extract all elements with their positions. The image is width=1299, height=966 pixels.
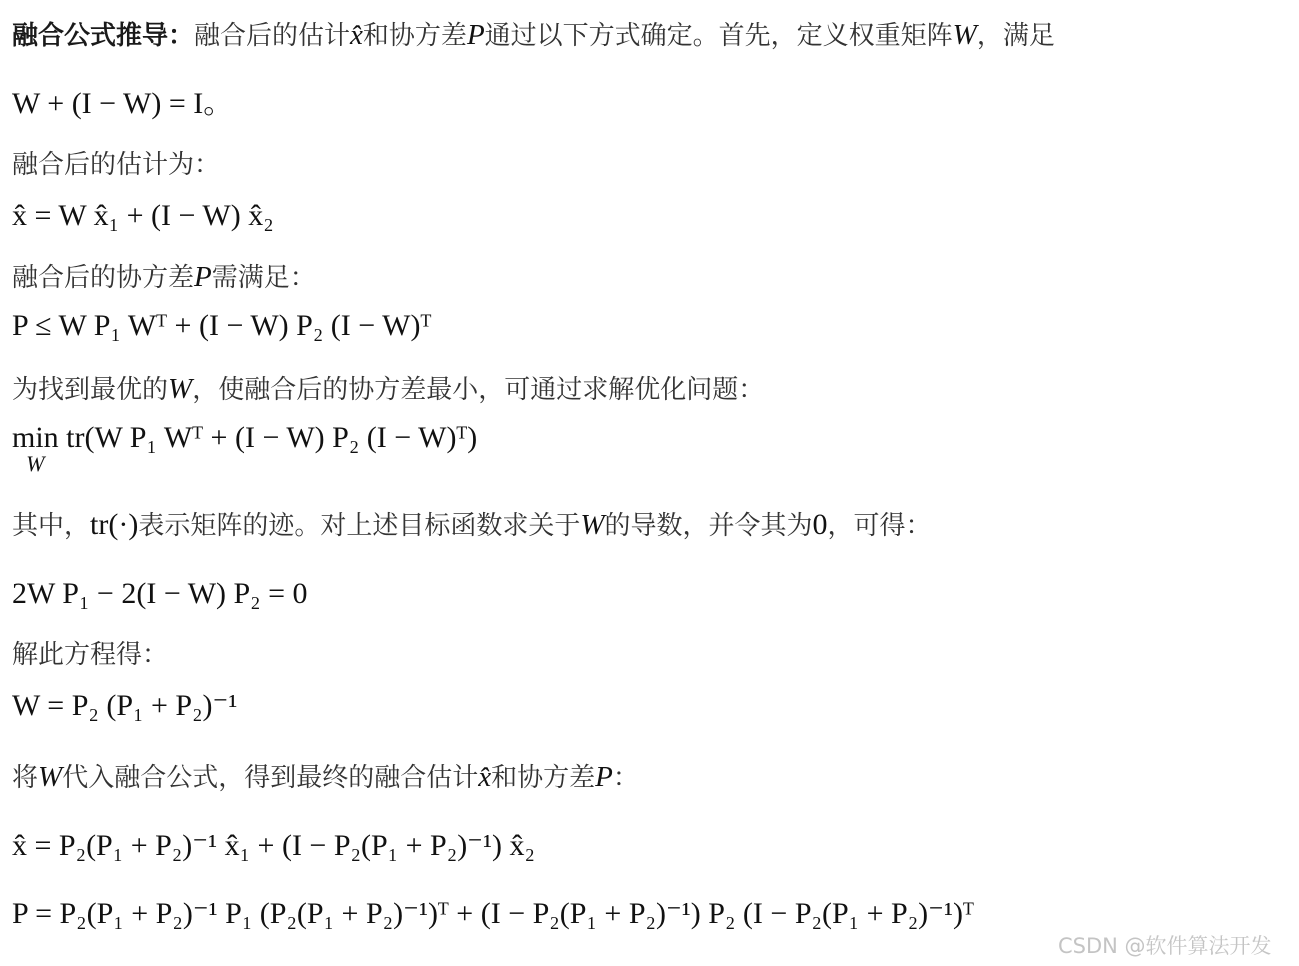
section-heading: 融合公式推导 (12, 21, 168, 51)
equation-text: 2W P₁ − 2(I − W) P₂ = 0 (12, 577, 308, 610)
covariance-label-text-2: 需满足： (212, 263, 316, 293)
intro-text-3: 通过以下方式确定。首先，定义权重矩阵 (485, 21, 953, 51)
heading-colon: ： (168, 21, 194, 51)
optimization-label: 为找到最优的W，使融合后的协方差最小，可通过求解优化问题： (12, 372, 764, 407)
math-trace: tr(·) (90, 508, 138, 541)
substitution-label: 将W代入融合公式，得到最终的融合估计x̂和协方差P： (12, 760, 639, 795)
substitution-text-4: ： (613, 763, 639, 793)
math-zero: 0 (813, 508, 828, 541)
math-P: P (595, 761, 613, 793)
intro-text-4: ，满足 (977, 21, 1055, 51)
equation-body: tr(W P₁ Wᵀ + (I − W) P₂ (I − W)ᵀ) (66, 421, 477, 454)
estimate-label: 融合后的估计为： (12, 148, 220, 182)
covariance-label-text-1: 融合后的协方差 (12, 263, 194, 293)
equation-final-covariance: P = P₂(P₁ + P₂)⁻¹ P₁ (P₂(P₁ + P₂)⁻¹)ᵀ + … (12, 894, 974, 934)
math-W: W (580, 509, 604, 541)
equation-optimization: min W tr(W P₁ Wᵀ + (I − W) P₂ (I − W)ᵀ) (12, 418, 477, 474)
equation-derivative: 2W P₁ − 2(I − W) P₂ = 0 (12, 574, 308, 614)
equation-text: x̂ = P₂(P₁ + P₂)⁻¹ x̂₁ + (I − P₂(P₁ + P₂… (12, 829, 535, 862)
estimate-label-text: 融合后的估计为： (12, 150, 220, 180)
optimization-label-text-2: ，使融合后的协方差最小，可通过求解优化问题： (192, 375, 764, 405)
equation-rhs: = W x̂₁ + (I − W) x̂₂ (35, 199, 274, 232)
substitution-text-1: 将 (12, 763, 38, 793)
math-P: P (467, 19, 485, 51)
equation-text: W = P₂ (P₁ + P₂)⁻¹ (12, 689, 237, 722)
intro-paragraph: 融合公式推导：融合后的估计x̂和协方差P通过以下方式确定。首先，定义权重矩阵W，… (12, 18, 1055, 53)
equation-text: W + (I − W) = I。 (12, 87, 233, 120)
math-xhat: x̂ (478, 761, 491, 793)
optimization-label-text-1: 为找到最优的 (12, 375, 168, 405)
trace-text-4: ，可得： (828, 511, 932, 541)
min-operator: min W (12, 418, 59, 474)
math-W: W (38, 761, 62, 793)
equation-weight-constraint: W + (I − W) = I。 (12, 84, 233, 124)
min-label: min (12, 421, 59, 454)
math-P: P (194, 261, 212, 293)
equation-lhs: x̂ (12, 199, 27, 232)
csdn-watermark: CSDN @软件算法开发 (1058, 930, 1272, 960)
trace-explanation: 其中，tr(·)表示矩阵的迹。对上述目标函数求关于W的导数，并令其为0，可得： (12, 508, 932, 543)
substitution-text-3: 和协方差 (491, 763, 595, 793)
equation-text: P ≤ W P₁ Wᵀ + (I − W) P₂ (I − W)ᵀ (12, 309, 431, 342)
trace-text-2: 表示矩阵的迹。对上述目标函数求关于 (138, 511, 580, 541)
trace-text-1: 其中， (12, 511, 90, 541)
intro-text-1: 融合后的估计 (194, 21, 350, 51)
solve-label: 解此方程得： (12, 638, 168, 672)
equation-covariance-bound: P ≤ W P₁ Wᵀ + (I − W) P₂ (I − W)ᵀ (12, 306, 431, 346)
solve-label-text: 解此方程得： (12, 640, 168, 670)
covariance-label: 融合后的协方差P需满足： (12, 260, 316, 295)
substitution-text-2: 代入融合公式，得到最终的融合估计 (62, 763, 478, 793)
intro-text-2: 和协方差 (363, 21, 467, 51)
min-subscript: W (12, 454, 59, 474)
equation-final-estimate: x̂ = P₂(P₁ + P₂)⁻¹ x̂₁ + (I − P₂(P₁ + P₂… (12, 826, 535, 866)
equation-fused-estimate: x̂ = W x̂₁ + (I − W) x̂₂ (12, 196, 274, 236)
equation-optimal-weight: W = P₂ (P₁ + P₂)⁻¹ (12, 686, 237, 726)
math-W: W (168, 373, 192, 405)
trace-text-3: 的导数，并令其为 (605, 511, 813, 541)
math-W: W (953, 19, 977, 51)
equation-text: P = P₂(P₁ + P₂)⁻¹ P₁ (P₂(P₁ + P₂)⁻¹)ᵀ + … (12, 897, 974, 930)
math-xhat: x̂ (350, 19, 363, 51)
